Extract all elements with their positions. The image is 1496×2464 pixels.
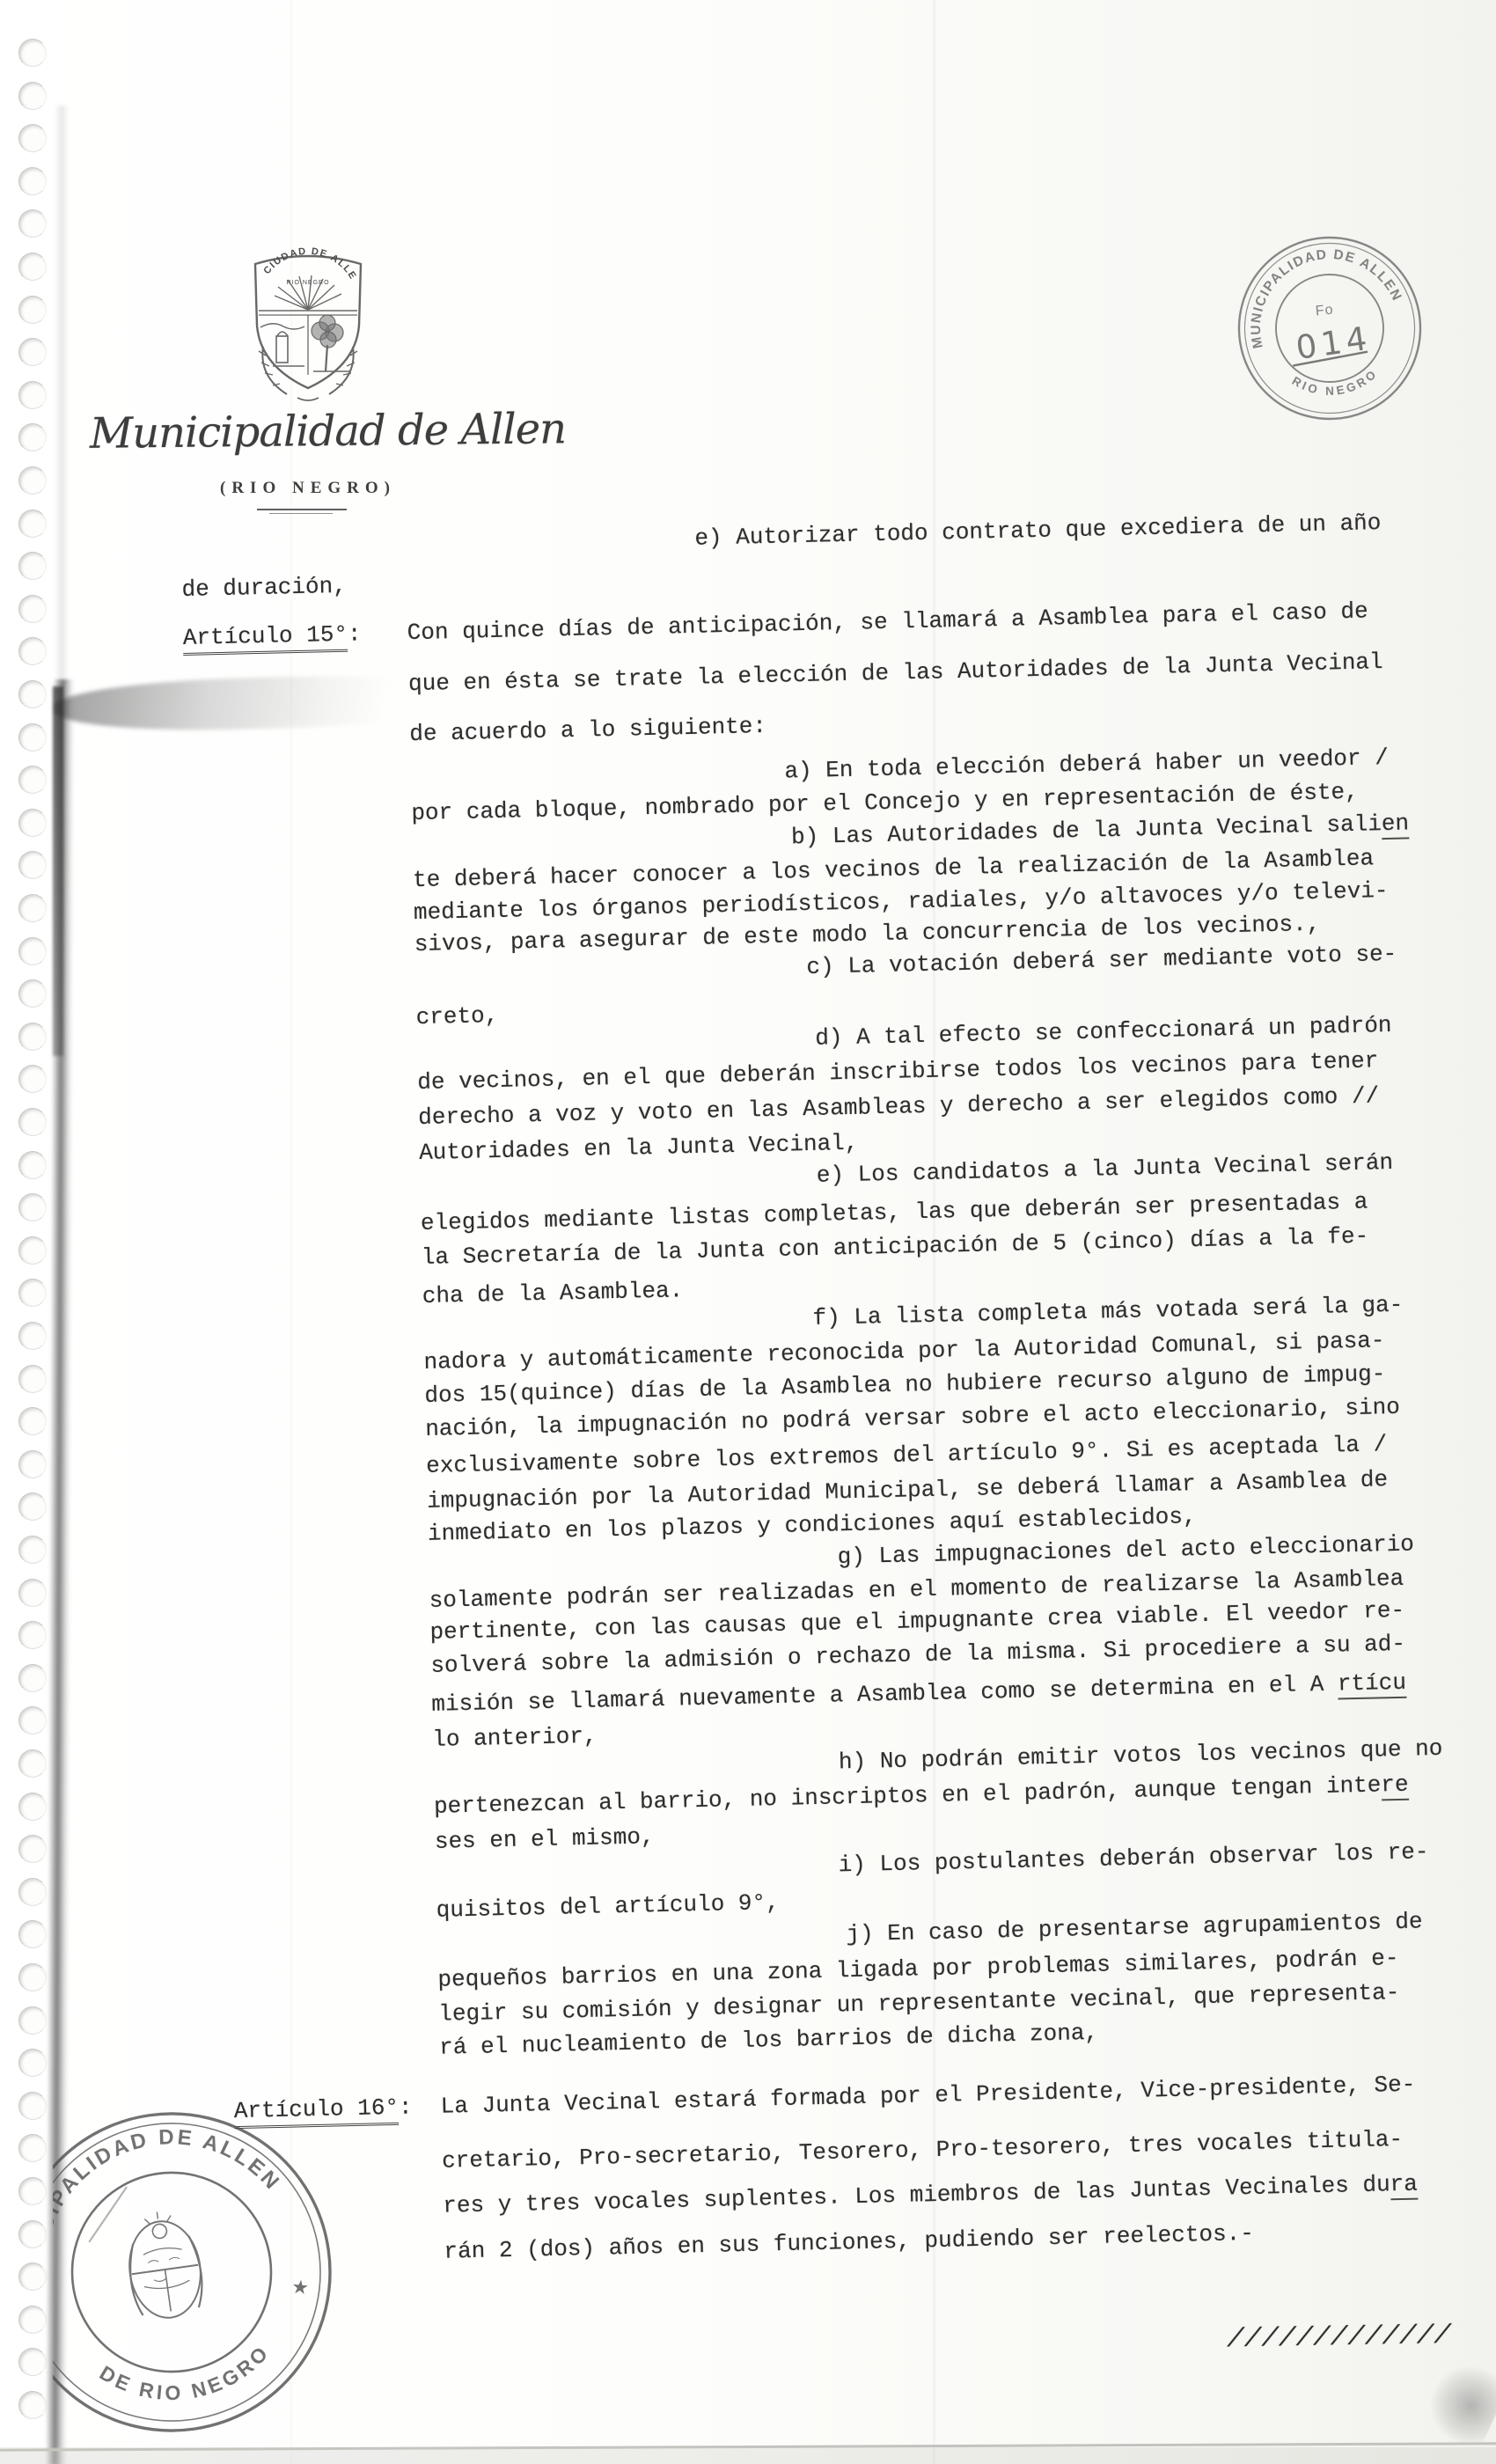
binding-hole <box>18 1365 47 1393</box>
binding-hole <box>18 851 47 879</box>
fingerprint-smudge <box>1419 2355 1496 2451</box>
binding-hole <box>18 937 47 965</box>
typed-line-text: a) En toda elección deberá haber un veed… <box>784 744 1389 785</box>
binding-hole <box>18 1536 47 1564</box>
folio-label: Fo <box>1315 302 1334 319</box>
binding-hole <box>18 1023 47 1051</box>
typed-line-text: de duración, <box>181 573 347 603</box>
typed-text-segment: de duración, <box>181 573 347 603</box>
typed-text-segment: lo anterior, <box>432 1723 598 1753</box>
binding-hole <box>18 1579 47 1607</box>
typed-text: e) Autorizar todo contrato que excediera… <box>180 500 1453 2331</box>
binding-hole <box>18 680 47 708</box>
article-label-text: Artículo 15° <box>182 621 348 656</box>
seal-star-icon: ★ <box>290 2275 310 2299</box>
binding-hole <box>18 1279 47 1307</box>
binding-hole <box>18 2006 47 2035</box>
typed-line-text: La Junta Vecinal estará formada por el P… <box>440 2072 1415 2120</box>
binding-hole <box>18 637 47 665</box>
coat-of-arms-icon: CIUDAD DE ALLEN RIO NEGRO <box>239 243 377 407</box>
svg-text:DE RIO NEGRO: DE RIO NEGRO <box>93 2338 279 2416</box>
typed-text-segment: cha de la Asamblea. <box>422 1277 684 1309</box>
binding-hole <box>18 2348 47 2376</box>
folio-stamp: MUNICIPALIDAD DE ALLEN RIO NEGRO Fo 014 <box>1219 216 1449 451</box>
typed-text-segment: cretario, Pro-secretario, Tesorero, Pro-… <box>442 2126 1404 2174</box>
scanned-document-page: CIUDAD DE ALLEN RIO NEGRO Municipalidad … <box>0 0 1496 2464</box>
seal-arc-bottom: DE RIO NEGRO <box>93 2338 279 2416</box>
binding-hole <box>18 1407 47 1435</box>
binding-hole <box>18 1621 47 1649</box>
underlined-hyphenation: ra <box>1390 2171 1418 2201</box>
typed-line-text: de acuerdo a lo siguiente: <box>409 713 766 747</box>
municipal-seal-stamp: MUNICIPALIDAD DE ALLEN DE RIO NEGRO ★ <box>53 2105 352 2457</box>
typed-line: Artículo 16°:La Junta Vecinal estará for… <box>216 2071 1448 2136</box>
underlined-hyphenation: re <box>1381 1771 1409 1801</box>
typed-line-text: cha de la Asamblea. <box>422 1277 684 1309</box>
binding-hole <box>18 167 47 195</box>
typed-line-text: Con quince días de anticipación, se llam… <box>407 598 1368 646</box>
binding-hole <box>18 124 47 152</box>
binding-hole <box>18 1793 47 1821</box>
binding-hole <box>18 809 47 837</box>
binding-hole <box>18 1065 47 1093</box>
typed-text-segment: e) Autorizar todo contrato que excediera… <box>694 510 1382 552</box>
binding-hole <box>18 1151 47 1179</box>
binding-hole <box>18 2220 47 2248</box>
binding-hole <box>18 1193 47 1221</box>
binding-hole <box>18 1920 47 1948</box>
binding-hole <box>18 894 47 922</box>
typed-line-text: que en ésta se trate la elección de las … <box>408 649 1383 697</box>
binding-hole <box>18 595 47 623</box>
typed-line-text: ses en el mismo, <box>435 1823 655 1855</box>
binding-hole <box>18 381 47 409</box>
header-rule <box>257 509 347 510</box>
binding-hole <box>18 2391 47 2419</box>
underlined-hyphenation: en <box>1382 810 1410 840</box>
binding-hole <box>18 1835 47 1863</box>
typed-text-segment: de acuerdo a lo siguiente: <box>409 713 766 747</box>
binding-hole <box>18 423 47 451</box>
binding-hole <box>18 510 47 538</box>
binding-hole <box>18 1878 47 1906</box>
binding-hole <box>18 1963 47 1991</box>
end-of-text-slashes: ///////////// <box>1223 2321 1456 2355</box>
typed-line-text: creto, <box>415 1002 498 1030</box>
binding-hole <box>18 1322 47 1350</box>
binding-hole <box>18 2134 47 2162</box>
binding-hole <box>18 766 47 794</box>
organization-region: (RIO NEGRO) <box>132 479 484 498</box>
typed-line-text: lo anterior, <box>432 1723 598 1753</box>
organization-name: Municipalidad de Allen <box>90 404 583 458</box>
binding-hole <box>18 1664 47 1692</box>
folio-number: 014 <box>1294 319 1374 367</box>
binding-hole <box>18 1108 47 1136</box>
binding-hole <box>18 2092 47 2120</box>
typed-text-segment: creto, <box>415 1002 498 1030</box>
typed-text-segment: a) En toda elección deberá haber un veed… <box>784 744 1389 785</box>
underlined-hyphenation: rtícu <box>1338 1669 1407 1700</box>
binding-hole <box>18 39 47 67</box>
folio-stamp-arc-bottom: RIO NEGRO <box>1288 365 1382 402</box>
binding-hole <box>18 466 47 495</box>
article-label: Artículo 15°: <box>182 620 361 651</box>
binding-hole <box>18 1450 47 1478</box>
scan-shadow-streak-dark <box>53 686 63 1056</box>
binding-hole <box>18 1236 47 1265</box>
binding-hole <box>18 338 47 366</box>
binding-hole <box>18 82 47 110</box>
binding-hole <box>18 723 47 752</box>
binding-hole <box>18 2049 47 2077</box>
binding-hole <box>18 1706 47 1734</box>
typed-line-text: cretario, Pro-secretario, Tesorero, Pro-… <box>442 2126 1404 2174</box>
binding-hole <box>18 979 47 1008</box>
typed-text-segment: que en ésta se trate la elección de las … <box>408 649 1383 697</box>
header-rule-thin <box>269 513 333 514</box>
svg-text:RIO NEGRO: RIO NEGRO <box>1288 365 1382 402</box>
binding-hole <box>18 209 47 238</box>
binding-hole <box>18 2262 47 2291</box>
binding-hole <box>18 552 47 580</box>
scan-shadow-soft <box>55 106 69 686</box>
typed-line-text: e) Autorizar todo contrato que excediera… <box>694 510 1382 552</box>
binding-hole <box>18 1749 47 1778</box>
binding-hole <box>18 253 47 281</box>
typed-text-segment: ses en el mismo, <box>435 1823 655 1855</box>
binding-hole <box>18 2306 47 2334</box>
crest-arc-subtext: RIO NEGRO <box>286 280 329 286</box>
binding-hole <box>18 296 47 324</box>
binding-hole <box>18 2177 47 2205</box>
binding-hole <box>18 1492 47 1521</box>
scanner-background <box>0 2447 1496 2464</box>
